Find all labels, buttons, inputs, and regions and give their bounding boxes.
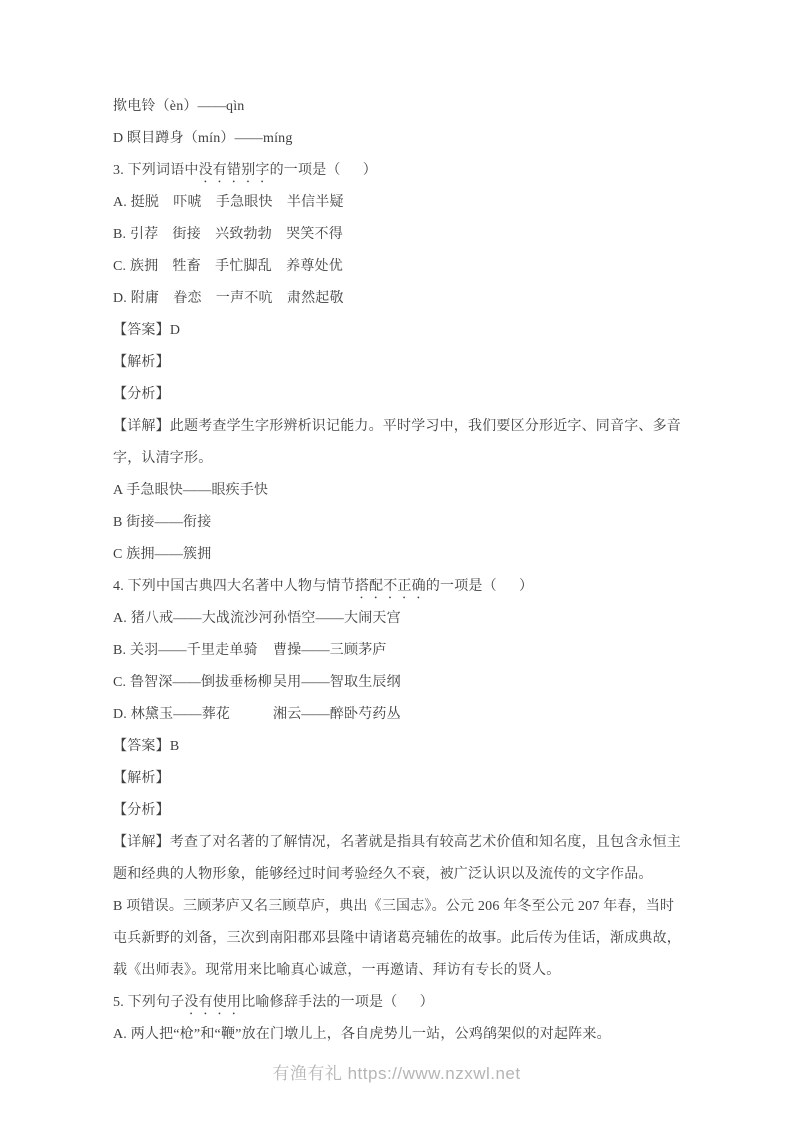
q3-fenxi-label: 【分析】 bbox=[113, 379, 681, 411]
q4-stem-post: 的一项是（ ） bbox=[426, 579, 533, 594]
q3-answer-label: 【答案】 bbox=[113, 323, 170, 338]
q3-option-b: B. 引荐 街接 兴致勃勃 哭笑不得 bbox=[113, 219, 681, 251]
q3-explanation-line-2: 字，认清字形。 bbox=[113, 443, 681, 475]
q3-stem-pre: 3. 下列词语中 bbox=[113, 163, 199, 178]
q3-stem-post: 的一项是（ ） bbox=[270, 163, 377, 178]
q3-answer-value: D bbox=[170, 323, 180, 338]
exam-document-page: 揿电铃（èn）——qìn D 瞑目蹲身（mín）——míng 3. 下列词语中没… bbox=[0, 0, 681, 1051]
q3-option-a: A. 挺脱 吓唬 手急眼快 半信半疑 bbox=[113, 187, 681, 219]
q4-option-a-col2: 孙悟空——大闹天宫 bbox=[273, 611, 401, 626]
q4-jiexi-label: 【解析】 bbox=[113, 763, 681, 795]
q3-correction-b: B 街接——衔接 bbox=[113, 507, 681, 539]
q4-stem-pre: 4. 下列中国古典四大名著中人物与情节 bbox=[113, 579, 355, 594]
q4-answer-label: 【答案】 bbox=[113, 739, 170, 754]
q3-answer-line: 【答案】D bbox=[113, 315, 681, 347]
q4-option-b: B. 关羽——千里走单骑曹操——三顾茅庐 bbox=[113, 635, 681, 667]
q4-option-c-col2: 吴用——智取生辰纲 bbox=[273, 675, 401, 690]
q4-answer-value: B bbox=[170, 739, 180, 754]
q4-explanation-line-2: 题和经典的人物形象，能够经过时间考验经久不衰，被广泛认识以及流传的文字作品。 bbox=[113, 859, 681, 891]
q4-option-d-col1: D. 林黛玉——葬花 bbox=[113, 699, 273, 731]
q3-stem-emphasis: 没有错别字 bbox=[199, 163, 270, 178]
q5-stem-post: 比喻修辞手法的一项是（ ） bbox=[241, 995, 434, 1010]
q5-stem-emphasis: 没有使用 bbox=[184, 995, 241, 1010]
q4-stem-emphasis: 搭配不正确 bbox=[355, 579, 426, 594]
question-4-stem: 4. 下列中国古典四大名著中人物与情节搭配不正确的一项是（ ） bbox=[113, 571, 681, 603]
q4-answer-line: 【答案】B bbox=[113, 731, 681, 763]
q4-b-error-line-2: 屯兵新野的刘备，三次到南阳郡邓县隆中请诸葛亮辅佐的故事。此后传为佳话，渐成典故， bbox=[113, 923, 681, 955]
watermark-footer: 有渔有礼 https://www.nzxwl.net bbox=[0, 1063, 793, 1085]
pinyin-correction-line-c: 揿电铃（èn）——qìn bbox=[113, 91, 681, 123]
q4-b-error-line-3: 载《出师表》。现常用来比喻真心诚意，一再邀请、拜访有专长的贤人。 bbox=[113, 955, 681, 987]
q3-correction-a: A 手急眼快——眼疾手快 bbox=[113, 475, 681, 507]
q4-option-d: D. 林黛玉——葬花湘云——醉卧芍药丛 bbox=[113, 699, 681, 731]
q3-jiexi-label: 【解析】 bbox=[113, 347, 681, 379]
q4-option-b-col1: B. 关羽——千里走单骑 bbox=[113, 635, 273, 667]
q5-option-a: A. 两人把“枪”和“鞭”放在门墩儿上，各自虎势儿一站，公鸡鹐架似的对起阵来。 bbox=[113, 1019, 681, 1051]
q4-explanation-line-1: 【详解】考查了对名著的了解情况，名著就是指具有较高艺术价值和知名度，且包含永恒主 bbox=[113, 827, 681, 859]
q3-option-d: D. 附庸 眷恋 一声不吭 肃然起敬 bbox=[113, 283, 681, 315]
q4-option-a: A. 猪八戒——大战流沙河孙悟空——大闹天宫 bbox=[113, 603, 681, 635]
q4-option-a-col1: A. 猪八戒——大战流沙河 bbox=[113, 603, 273, 635]
q4-option-c-col1: C. 鲁智深——倒拔垂杨柳 bbox=[113, 667, 273, 699]
q5-stem-pre: 5. 下列句子 bbox=[113, 995, 184, 1010]
pinyin-correction-line-d: D 瞑目蹲身（mín）——míng bbox=[113, 123, 681, 155]
q3-option-c: C. 族拥 牲畜 手忙脚乱 养尊处优 bbox=[113, 251, 681, 283]
q4-fenxi-label: 【分析】 bbox=[113, 795, 681, 827]
q4-option-c: C. 鲁智深——倒拔垂杨柳吴用——智取生辰纲 bbox=[113, 667, 681, 699]
q4-option-b-col2: 曹操——三顾茅庐 bbox=[273, 643, 387, 658]
q3-explanation-line-1: 【详解】此题考查学生字形辨析识记能力。平时学习中，我们要区分形近字、同音字、多音 bbox=[113, 411, 681, 443]
question-5-stem: 5. 下列句子没有使用比喻修辞手法的一项是（ ） bbox=[113, 987, 681, 1019]
question-3-stem: 3. 下列词语中没有错别字的一项是（ ） bbox=[113, 155, 681, 187]
q4-option-d-col2: 湘云——醉卧芍药丛 bbox=[273, 707, 401, 722]
q4-b-error-line-1: B 项错误。三顾茅庐又名三顾草庐，典出《三国志》。公元 206 年冬至公元 20… bbox=[113, 891, 681, 923]
q3-correction-c: C 族拥——簇拥 bbox=[113, 539, 681, 571]
